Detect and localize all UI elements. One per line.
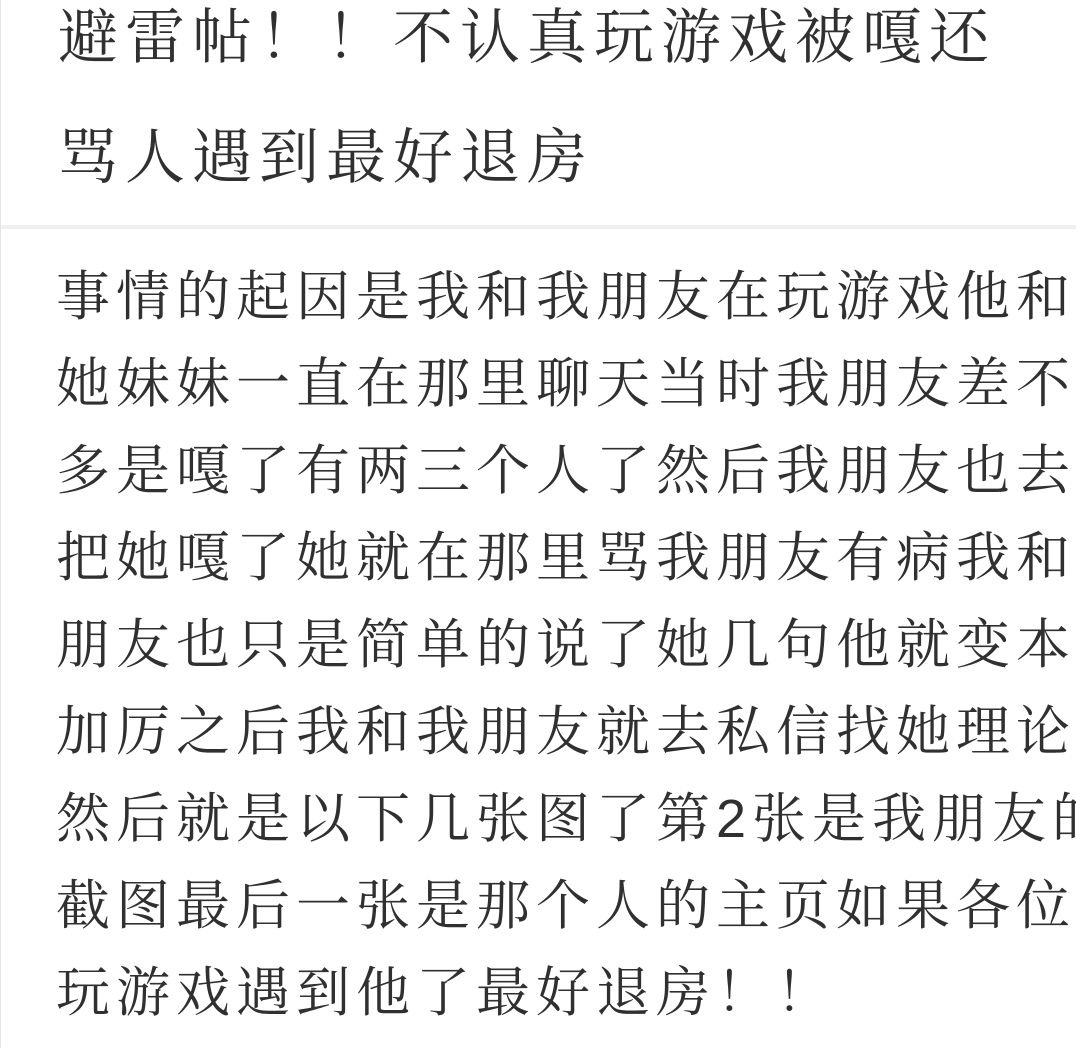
body-text-line-8: 截图最后一张是那个人的主页如果各位 — [56, 863, 1036, 950]
body-text-line-2: 她妹妹一直在那里聊天当时我朋友差不 — [56, 341, 1036, 428]
body-text-line-9: 玩游戏遇到他了最好退房！！ — [56, 950, 1036, 1037]
post-title: 避雷帖！！不认真玩游戏被嘎还 骂人遇到最好退房 — [1, 0, 1076, 225]
body-text-line-3: 多是嘎了有两三个人了然后我朋友也去 — [56, 428, 1036, 515]
title-line-1: 避雷帖！！不认真玩游戏被嘎还 — [58, 0, 1026, 98]
body-text-line-5: 朋友也只是简单的说了她几句他就变本 — [56, 602, 1036, 689]
body-text-line-7: 然后就是以下几张图了第2张是我朋友的 — [56, 776, 1036, 863]
title-line-2: 骂人遇到最好退房 — [58, 98, 1026, 218]
post-page: 避雷帖！！不认真玩游戏被嘎还 骂人遇到最好退房 事情的起因是我和我朋友在玩游戏他… — [0, 0, 1076, 1048]
body-text-line-4: 把她嘎了她就在那里骂我朋友有病我和 — [56, 515, 1036, 602]
body-text-line-1: 事情的起因是我和我朋友在玩游戏他和 — [56, 254, 1036, 341]
post-body: 事情的起因是我和我朋友在玩游戏他和 她妹妹一直在那里聊天当时我朋友差不 多是嘎了… — [1, 229, 1076, 1037]
body-text-line-6: 加厉之后我和我朋友就去私信找她理论 — [56, 689, 1036, 776]
